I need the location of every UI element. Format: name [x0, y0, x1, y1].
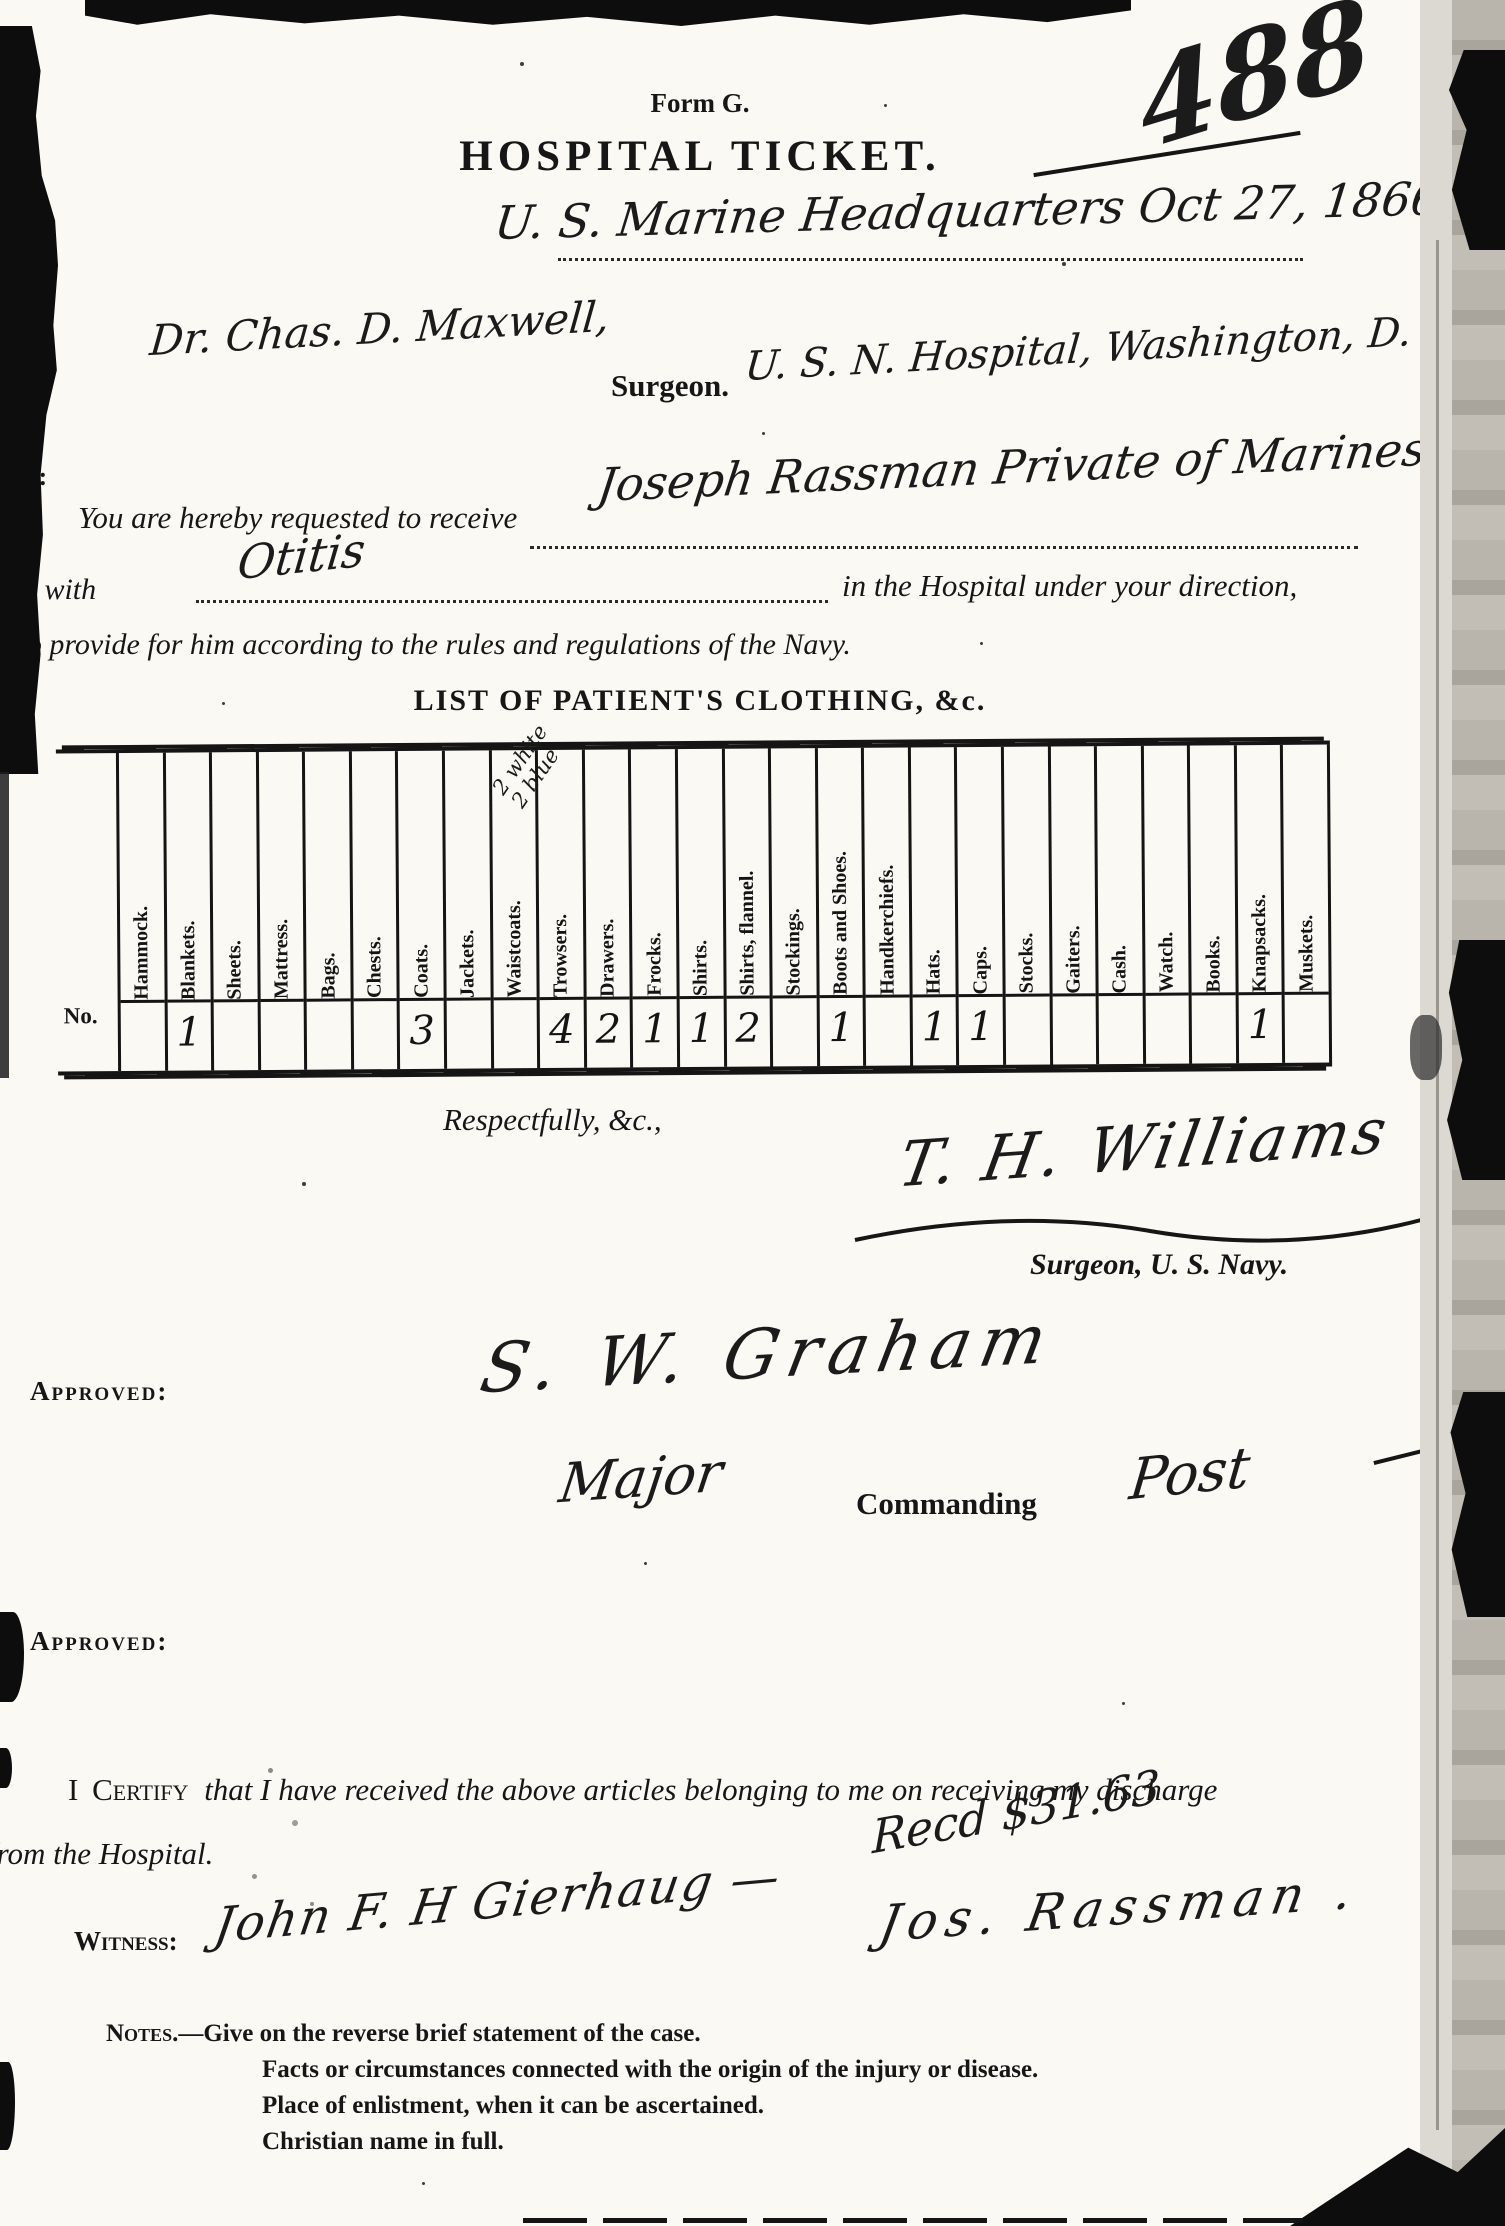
- surgeon-signature: T. H. Williams: [893, 1093, 1396, 1201]
- clothing-column-header-text: Jackets.: [456, 921, 480, 997]
- direction-line: in the Hospital under your direction,: [842, 568, 1297, 604]
- clothing-column-header-text: Books.: [1202, 927, 1225, 992]
- commanding-label: Commanding: [856, 1486, 1037, 1522]
- clothing-column-value: [214, 999, 258, 1070]
- clothing-column-header-text: Shirts, flannel.: [735, 863, 759, 996]
- smudge: [310, 1902, 314, 1906]
- clothing-column-header: Caps.: [957, 747, 1002, 994]
- speck: [762, 432, 765, 435]
- notes-label: Notes.—: [106, 2020, 203, 2047]
- clothing-column-value: 1: [819, 995, 863, 1066]
- clothing-column-value: 1: [167, 999, 211, 1070]
- clothing-column-header-text: Shirts.: [689, 932, 712, 996]
- clothing-column-value: 1: [912, 994, 956, 1065]
- clothing-column-header-text: Gaiters.: [1062, 917, 1086, 993]
- clothing-column-header: Frocks.: [631, 749, 676, 996]
- clothing-column-23: Books.: [1187, 745, 1236, 1063]
- certify-word: Certify: [86, 1772, 196, 1807]
- approved-label-2: Approved:: [30, 1626, 168, 1657]
- clothing-column-19: Stocks.: [1001, 747, 1050, 1065]
- notes-line-1-text: Give on the reverse brief statement of t…: [203, 2020, 700, 2047]
- approved-label-1: Approved:: [30, 1376, 168, 1407]
- clothing-column-value: 2: [586, 996, 630, 1067]
- clothing-column-header-text: Chests.: [363, 928, 386, 998]
- clothing-column-24: Knapsacks.1: [1234, 745, 1283, 1063]
- clothing-column-header-text: Trowsers.: [549, 906, 573, 997]
- clothing-column-14: Stockings.: [768, 748, 817, 1066]
- clothing-column-header-text: Coats.: [410, 936, 433, 998]
- clothing-column-value: 3: [400, 998, 444, 1069]
- clothing-column-7: Jackets.: [442, 750, 491, 1068]
- left-edge-blob-1: [0, 1612, 24, 1702]
- clothing-column-17: Hats.1: [908, 747, 957, 1065]
- bottom-edge-line: [523, 2218, 1303, 2223]
- clothing-column-value: [493, 997, 537, 1068]
- clothing-column-13: Shirts, flannel.2: [721, 748, 770, 1066]
- clothing-column-header-text: Waistcoats.: [503, 892, 527, 997]
- left-edge-blob-2: [0, 1748, 12, 1788]
- addressee-handwritten: Dr. Chas. D. Maxwell,: [148, 292, 612, 365]
- clothing-heading: LIST OF PATIENT'S CLOTHING, &c.: [0, 684, 1400, 718]
- clothing-column-header: Watch.: [1144, 746, 1189, 993]
- clothing-column-header-text: Mattress.: [270, 911, 294, 999]
- clothing-column-header-text: Muskets.: [1295, 906, 1319, 991]
- speck: [422, 2182, 425, 2185]
- clothing-column-9: Trowsers.4: [535, 750, 584, 1068]
- clothing-column-21: Cash.: [1094, 746, 1143, 1064]
- clothing-column-15: Boots and Shoes.1: [815, 748, 864, 1066]
- clothing-column-header-text: Bags.: [317, 944, 340, 998]
- clothing-column-value: 1: [680, 996, 724, 1067]
- speck: [302, 1182, 306, 1186]
- clothing-column-header-text: Stockings.: [782, 900, 806, 995]
- clothing-column-5: Chests.: [349, 751, 398, 1069]
- clothing-column-12: Shirts.1: [675, 749, 724, 1067]
- notes-block: Notes.—Give on the reverse brief stateme…: [106, 2016, 1436, 2160]
- clothing-column-value: [866, 994, 910, 1065]
- clothing-column-header: Jackets.: [445, 750, 490, 997]
- clothing-column-header: Shirts, flannel.: [724, 748, 769, 995]
- clothing-column-value: [1192, 992, 1236, 1063]
- clothing-column-header-text: Blankets.: [177, 912, 201, 1000]
- clothing-column-value: [1145, 993, 1189, 1064]
- notes-line-1: Notes.—Give on the reverse brief stateme…: [106, 2016, 1436, 2052]
- table-row-label: No.: [64, 1003, 98, 1029]
- clothing-column-header: Stocks.: [1004, 747, 1049, 994]
- clothing-column-value: [121, 1000, 165, 1071]
- clothing-column-header: Hats.: [911, 747, 956, 994]
- right-edge-blotch-small: [1410, 1015, 1442, 1080]
- smudge: [268, 1768, 273, 1773]
- speck: [980, 642, 983, 645]
- clothing-column-value: [1099, 993, 1143, 1064]
- clothing-column-2: Sheets.: [209, 752, 258, 1070]
- dateline-dotted-line: [558, 258, 1303, 261]
- torn-edge-top: [85, 0, 1131, 26]
- clothing-column-header: Books.: [1190, 745, 1235, 992]
- page-edge-line: [1436, 240, 1439, 2130]
- clothing-column-11: Frocks.1: [628, 749, 677, 1067]
- clothing-column-value: [1052, 993, 1096, 1064]
- clothing-column-header-text: Boots and Shoes.: [829, 843, 853, 995]
- speck: [884, 104, 887, 107]
- clothing-column-header: Hammock.: [119, 753, 164, 1000]
- torn-edge-left-thin: [0, 772, 9, 1078]
- clothing-column-header: Knapsacks.: [1237, 745, 1282, 992]
- patient-name-dotted-line: [530, 546, 1358, 549]
- speck: [644, 1562, 647, 1565]
- signature-flourish: [850, 1205, 1430, 1250]
- clothing-table: No. Hammock.Blankets.1Sheets.Mattress.Ba…: [56, 741, 1332, 1076]
- clothing-column-header: Trowsers.: [538, 750, 583, 997]
- notes-line-4: Christian name in full.: [262, 2124, 1436, 2160]
- notes-line-3: Place of enlistment, when it can be asce…: [262, 2088, 1436, 2124]
- clothing-column-header-text: Cash.: [1109, 937, 1132, 994]
- clothing-column-value: [260, 999, 304, 1070]
- clothing-column-header: Blankets.: [165, 752, 210, 999]
- clothing-column-value: [1285, 992, 1329, 1063]
- clothing-column-18: Caps.1: [954, 747, 1003, 1065]
- speck: [1122, 1702, 1125, 1705]
- clothing-column-10: Drawers.2: [582, 749, 631, 1067]
- clothing-column-header-text: Watch.: [1155, 924, 1178, 993]
- clothing-column-value: 2: [726, 995, 770, 1066]
- clothing-column-header-text: Caps.: [969, 938, 992, 995]
- clothing-column-value: [447, 997, 491, 1068]
- clothing-column-22: Watch.: [1141, 746, 1190, 1064]
- smudge: [292, 1820, 298, 1826]
- clothing-column-header-text: Hammock.: [130, 898, 154, 1000]
- clothing-column-header: Stockings.: [771, 748, 816, 995]
- speck: [520, 62, 524, 66]
- respectfully-line: Respectfully, &c.,: [443, 1102, 662, 1138]
- clothing-column-header: Gaiters.: [1050, 746, 1095, 993]
- smudge: [252, 1874, 257, 1879]
- dateline-handwritten: U. S. Marine Headquarters Oct 27, 1866 .: [492, 170, 1473, 250]
- speck: [1062, 262, 1066, 266]
- clothing-column-header-text: Sheets.: [224, 932, 247, 1000]
- clothing-column-25: Muskets.: [1280, 745, 1332, 1063]
- clothing-column-header-text: Handkerchiefs.: [875, 856, 899, 994]
- addressee-location-handwritten: U. S. N. Hospital, Washington, D. C.: [743, 306, 1468, 390]
- left-edge-blob-3: [0, 2062, 15, 2150]
- clothing-columns: Hammock.Blankets.1Sheets.Mattress.Bags.C…: [116, 745, 1332, 1071]
- clothing-column-header: Bags.: [305, 751, 350, 998]
- clothing-column-value: [307, 998, 351, 1069]
- clothing-column-header: Sheets.: [212, 752, 257, 999]
- certify-prefix: I: [68, 1772, 78, 1807]
- clothing-column-1: Blankets.1: [162, 752, 211, 1070]
- patient-signature: Jos. Rassman .: [875, 1861, 1365, 1953]
- clothing-column-header-text: Stocks.: [1015, 925, 1038, 994]
- clothing-column-0: Hammock.: [116, 753, 165, 1071]
- rank-handwritten: Major: [556, 1440, 727, 1515]
- condition-dotted-line: [196, 600, 828, 603]
- clothing-column-value: 1: [959, 994, 1003, 1065]
- clothing-column-header: Shirts.: [678, 749, 723, 996]
- patient-name-handwritten: Joseph Rassman Private of Marines.: [594, 421, 1444, 512]
- hospital-ticket-scan: Form G. HOSPITAL TICKET. U. S. Marine He…: [0, 0, 1505, 2226]
- clothing-column-header-text: Frocks.: [643, 925, 666, 997]
- clothing-column-3: Mattress.: [256, 752, 305, 1070]
- witness-label: Witness:: [74, 1926, 178, 1957]
- clothing-column-header: Muskets.: [1283, 745, 1328, 992]
- clothing-column-header: Boots and Shoes.: [818, 748, 863, 995]
- provide-line: and to provide for him according to the …: [0, 628, 851, 662]
- speck: [222, 702, 225, 705]
- notes-line-2: Facts or circumstances connected with th…: [262, 2052, 1436, 2088]
- surgeon-title: Surgeon, U. S. Navy.: [1030, 1248, 1288, 1282]
- clothing-column-value: 1: [633, 996, 677, 1067]
- clothing-column-4: Bags.: [302, 751, 351, 1069]
- clothing-column-header-text: Knapsacks.: [1248, 886, 1272, 993]
- clothing-column-header-text: Drawers.: [596, 910, 620, 996]
- clothing-column-header: Mattress.: [259, 752, 304, 999]
- surgeon-label: Surgeon.: [611, 368, 729, 404]
- clothing-column-value: [354, 998, 398, 1069]
- clothing-column-16: Handkerchiefs.: [861, 748, 910, 1066]
- clothing-column-6: Coats.3: [395, 751, 444, 1069]
- clothing-column-value: 4: [540, 997, 584, 1068]
- clothing-column-header: Chests.: [352, 751, 397, 998]
- clothing-column-header: Drawers.: [585, 749, 630, 996]
- clothing-column-value: 1: [1238, 992, 1282, 1063]
- clothing-column-20: Gaiters.: [1047, 746, 1096, 1064]
- clothing-column-header: Handkerchiefs.: [864, 748, 909, 995]
- clothing-column-header: Coats.: [398, 751, 443, 998]
- clothing-column-header: Cash.: [1097, 746, 1142, 993]
- clothing-column-value: [1006, 994, 1050, 1065]
- clothing-column-header-text: Hats.: [922, 941, 945, 994]
- from-hospital-line: from the Hospital.: [0, 1836, 213, 1872]
- witness-signature: John F. H Gierhaug —: [210, 1848, 785, 1955]
- clothing-column-value: [773, 995, 817, 1066]
- post-handwritten: Post: [1127, 1435, 1254, 1514]
- approver-signature: S. W. Graham: [474, 1300, 1062, 1410]
